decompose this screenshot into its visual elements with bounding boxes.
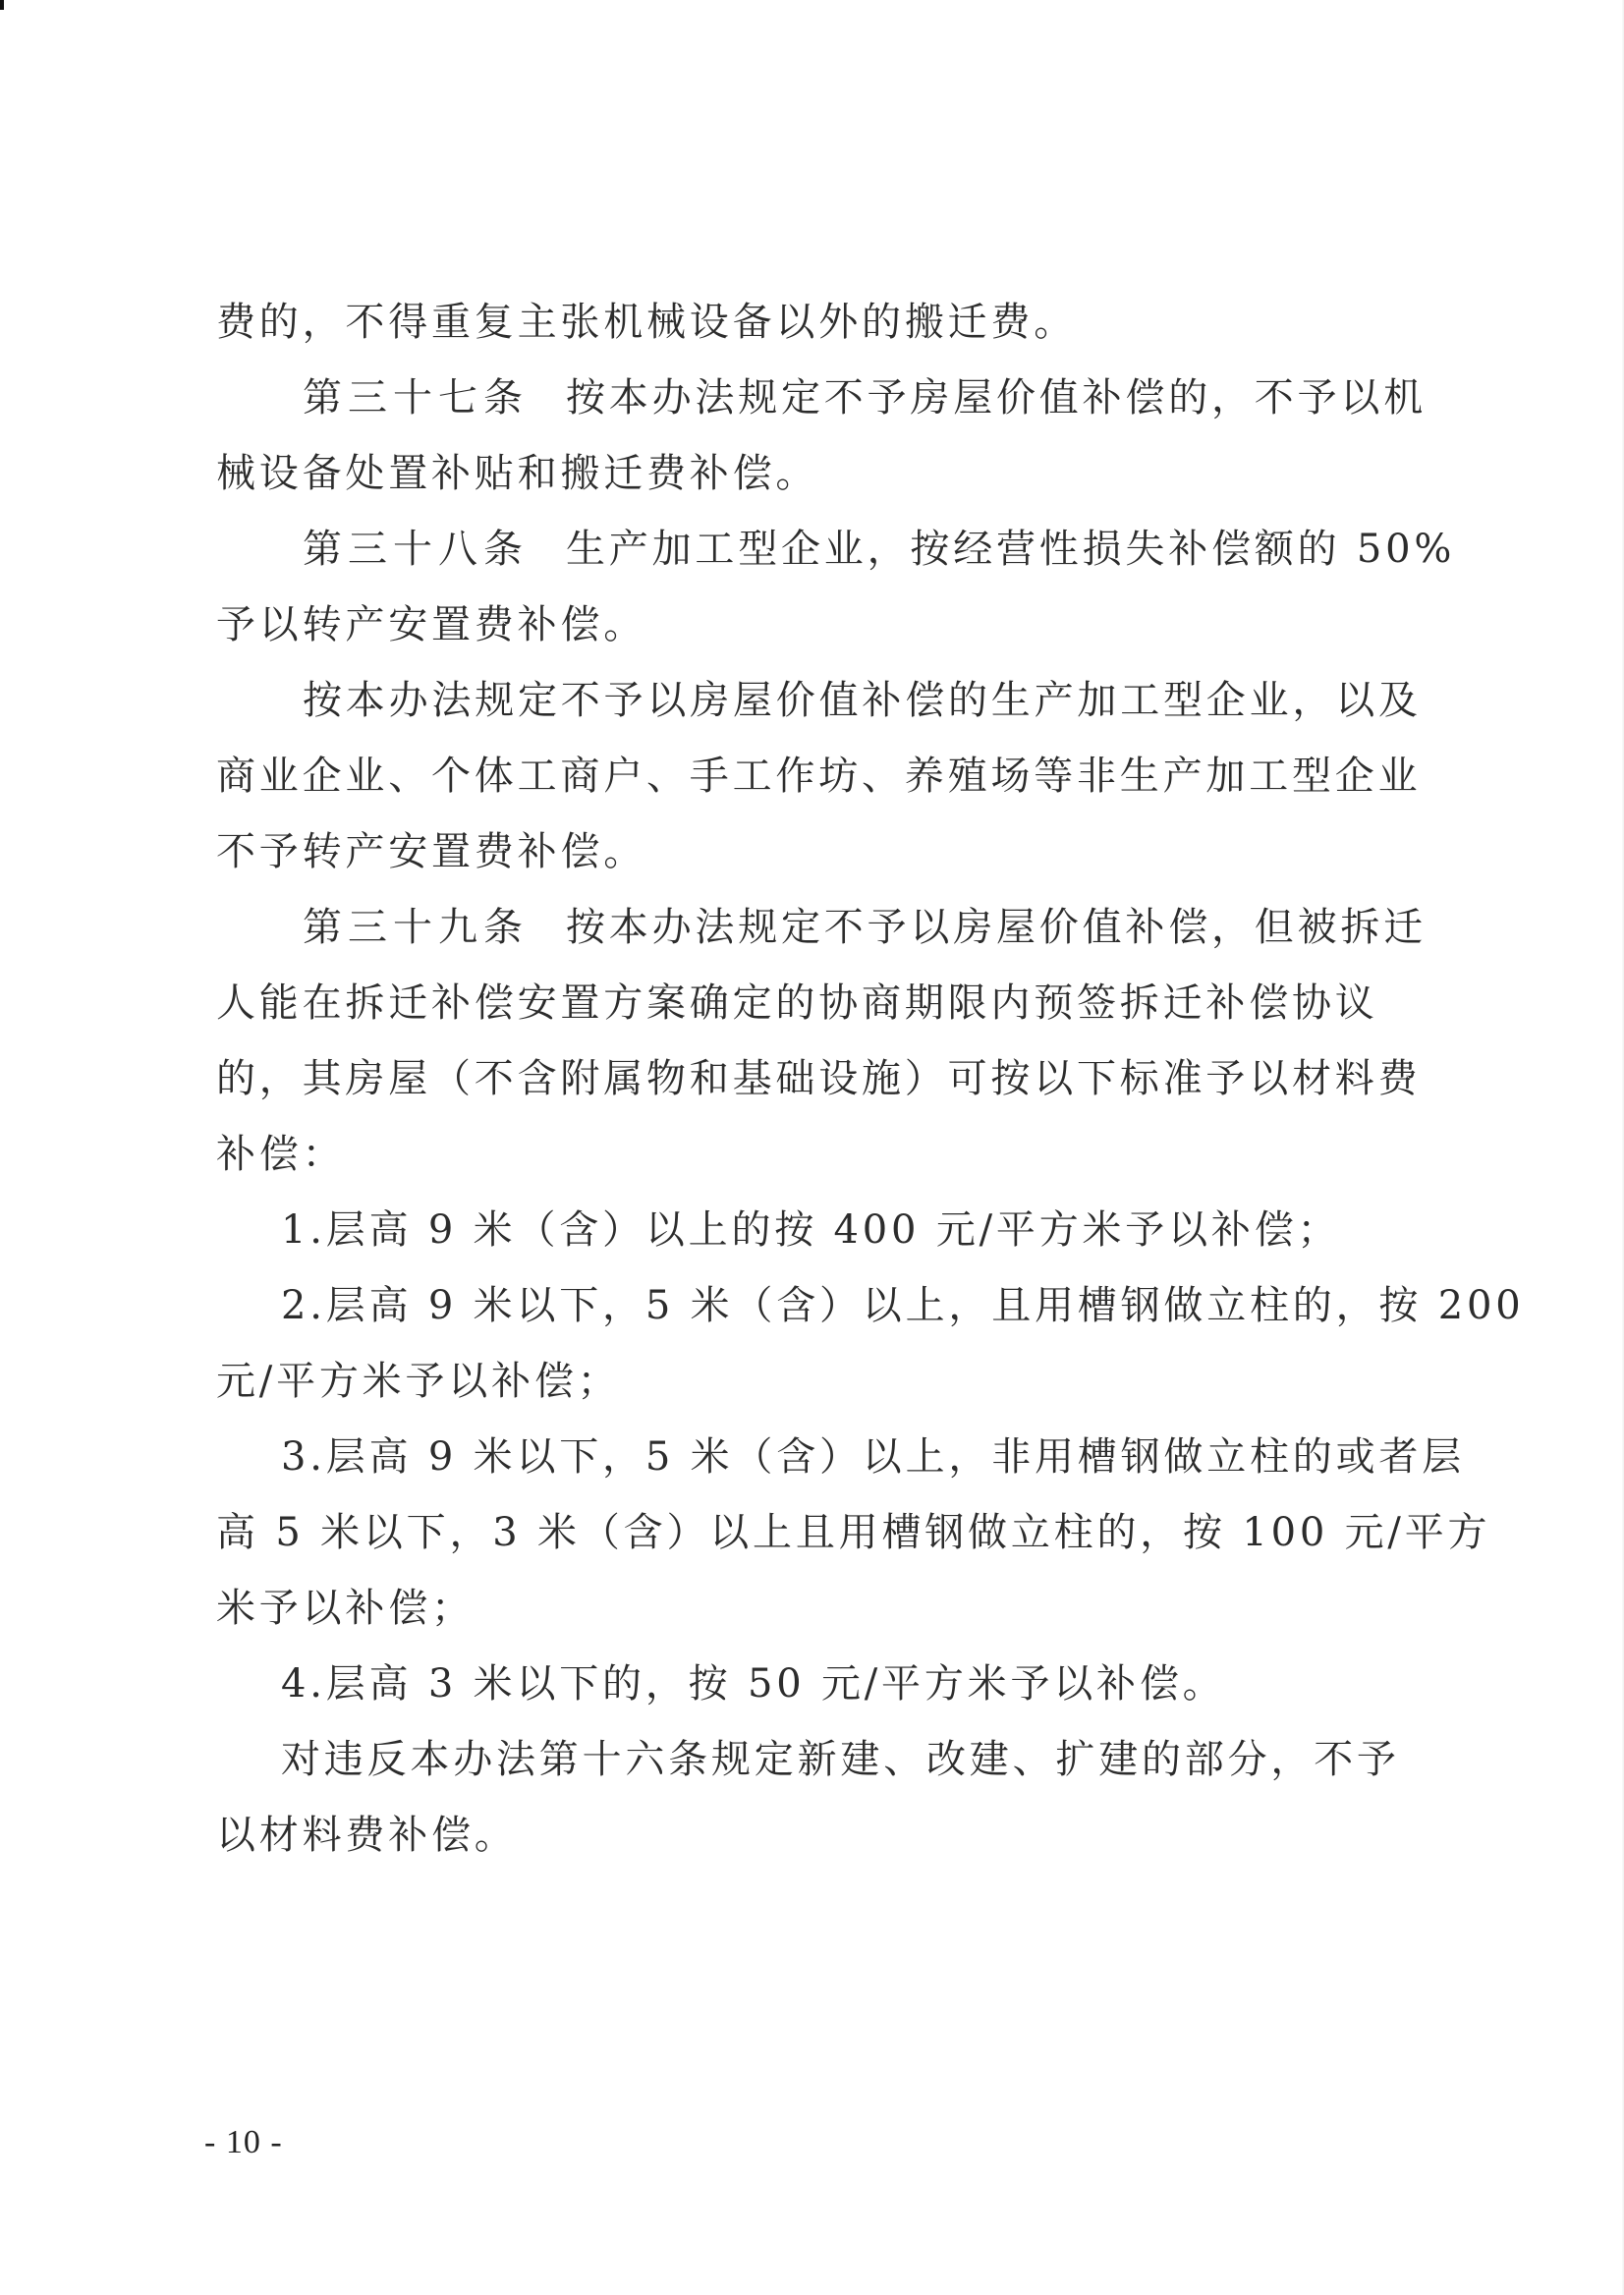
text-line: 以材料费补偿。 bbox=[216, 1798, 1434, 1874]
text-line: 补偿： bbox=[216, 1117, 1434, 1193]
list-item-3: 3.层高 9 米以下，5 米（含）以上，非用槽钢做立柱的或者层 bbox=[216, 1420, 1434, 1495]
text-line: 高 5 米以下，3 米（含）以上且用槽钢做立柱的，按 100 元/平方 bbox=[216, 1495, 1434, 1571]
list-item-1: 1.层高 9 米（含）以上的按 400 元/平方米予以补偿； bbox=[216, 1193, 1434, 1268]
text-line: 元/平方米予以补偿； bbox=[216, 1344, 1434, 1420]
text-line: 不予转产安置费补偿。 bbox=[216, 814, 1434, 890]
document-body: 费的，不得重复主张机械设备以外的搬迁费。 第三十七条按本办法规定不予房屋价值补偿… bbox=[216, 285, 1434, 1874]
text-line: 的，其房屋（不含附属物和基础设施）可按以下标准予以材料费 bbox=[216, 1041, 1434, 1117]
article-37-text: 按本办法规定不予房屋价值补偿的，不予以机 bbox=[566, 375, 1427, 420]
article-38-line-1: 第三十八条生产加工型企业，按经营性损失补偿额的 50% bbox=[216, 512, 1434, 588]
article-38-text: 生产加工型企业，按经营性损失补偿额的 50% bbox=[566, 527, 1455, 572]
article-39-label: 第三十九条 bbox=[303, 905, 529, 950]
page-number: - 10 - bbox=[204, 2124, 283, 2161]
text-line: 人能在拆迁补偿安置方案确定的协商期限内预签拆迁补偿协议 bbox=[216, 966, 1434, 1041]
article-39-line-1: 第三十九条按本办法规定不予以房屋价值补偿，但被拆迁 bbox=[216, 890, 1434, 966]
scan-corner-mark bbox=[0, 0, 4, 10]
text-line: 予以转产安置费补偿。 bbox=[216, 588, 1434, 663]
text-line: 按本办法规定不予以房屋价值补偿的生产加工型企业，以及 bbox=[216, 663, 1434, 739]
text-line: 费的，不得重复主张机械设备以外的搬迁费。 bbox=[216, 285, 1434, 361]
article-37-label: 第三十七条 bbox=[303, 375, 529, 420]
text-line: 对违反本办法第十六条规定新建、改建、扩建的部分，不予 bbox=[216, 1722, 1434, 1798]
article-37-line-1: 第三十七条按本办法规定不予房屋价值补偿的，不予以机 bbox=[216, 361, 1434, 436]
text-line: 商业企业、个体工商户、手工作坊、养殖场等非生产加工型企业 bbox=[216, 739, 1434, 814]
text-line: 米予以补偿； bbox=[216, 1571, 1434, 1647]
article-39-text: 按本办法规定不予以房屋价值补偿，但被拆迁 bbox=[566, 905, 1427, 950]
list-item-4: 4.层高 3 米以下的，按 50 元/平方米予以补偿。 bbox=[216, 1647, 1434, 1722]
document-page: 费的，不得重复主张机械设备以外的搬迁费。 第三十七条按本办法规定不予房屋价值补偿… bbox=[0, 0, 1624, 2295]
list-item-2: 2.层高 9 米以下，5 米（含）以上，且用槽钢做立柱的，按 200 bbox=[216, 1268, 1434, 1344]
article-38-label: 第三十八条 bbox=[303, 527, 529, 572]
text-line: 械设备处置补贴和搬迁费补偿。 bbox=[216, 436, 1434, 512]
